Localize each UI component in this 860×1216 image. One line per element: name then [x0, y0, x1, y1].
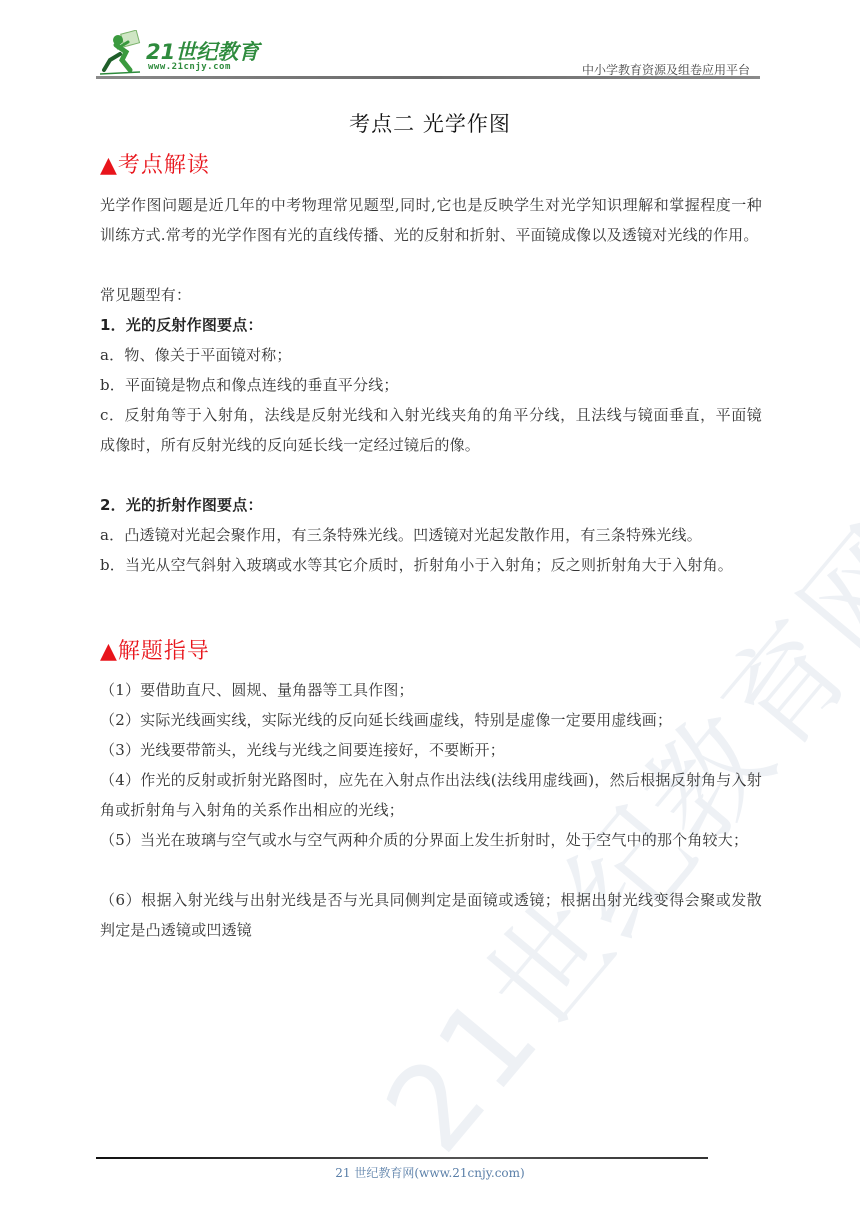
guide-item-6: （6）根据入射光线与出射光线是否与光具同侧判定是面镜或透镜；根据出射光线变得会聚…: [100, 885, 762, 945]
guide-item-5: （5）当光在玻璃与空气或水与空气两种介质的分界面上发生折射时，处于空气中的那个角…: [100, 825, 762, 855]
runner-logo-icon: [100, 30, 146, 76]
paragraph-reflection-a: a．物、像关于平面镜对称；: [100, 340, 762, 370]
paragraph-refraction-b: b．当光从空气斜射入玻璃或水等其它介质时，折射角小于入射角；反之则折射角大于入射…: [100, 550, 762, 580]
paragraph-reflection-c: c．反射角等于入射角，法线是反射光线和入射光线夹角的角平分线，且法线与镜面垂直，…: [100, 400, 762, 460]
footer-divider: [96, 1157, 708, 1159]
section-heading-guide: ▲解题指导: [100, 634, 210, 665]
footer-text: 21 世纪教育网(www.21cnjy.com): [0, 1164, 860, 1181]
guide-item-1: （1）要借助直尺、圆规、量角器等工具作图；: [100, 675, 762, 705]
paragraph-reflection-b: b．平面镜是物点和像点连线的垂直平分线；: [100, 370, 762, 400]
paragraph-intro: 光学作图问题是近几年的中考物理常见题型,同时,它也是反映学生对光学知识理解和掌握…: [100, 190, 762, 250]
paragraph-common-types: 常见题型有：: [100, 280, 762, 310]
logo: 21世纪教育 www.21cnjy.com: [96, 28, 266, 78]
header-divider: [96, 76, 760, 79]
logo-url: www.21cnjy.com: [148, 62, 231, 72]
subheading-reflection: 1．光的反射作图要点：: [100, 310, 762, 340]
guide-item-2: （2）实际光线画实线，实际光线的反向延长线画虚线，特别是虚像一定要用虚线画；: [100, 705, 762, 735]
page-header: 21世纪教育 www.21cnjy.com 中小学教育资源及组卷应用平台: [96, 28, 760, 80]
page-title: 考点二 光学作图: [0, 108, 860, 138]
watermark: 21世纪教育网精选资料: [339, 109, 860, 1181]
guide-item-3: （3）光线要带箭头，光线与光线之间要连接好，不要断开；: [100, 735, 762, 765]
guide-item-4: （4）作光的反射或折射光路图时，应先在入射点作出法线(法线用虚线画)，然后根据反…: [100, 765, 762, 825]
section-heading-analysis: ▲考点解读: [100, 148, 210, 179]
subheading-refraction: 2．光的折射作图要点：: [100, 490, 762, 520]
paragraph-refraction-a: a．凸透镜对光起会聚作用，有三条特殊光线。凹透镜对光起发散作用，有三条特殊光线。: [100, 520, 762, 550]
